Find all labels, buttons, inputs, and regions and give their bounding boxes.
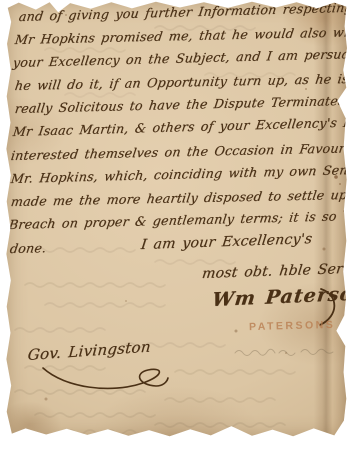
docket-flourish: [39, 364, 171, 394]
manuscript-letter-photo: and of giving you further Information re…: [0, 0, 360, 450]
letter-paper: and of giving you further Information re…: [5, 0, 348, 438]
manuscript-line: done.: [9, 241, 47, 256]
patersons-stamp: PATERSONS: [249, 319, 336, 333]
pencil-inscription: [233, 344, 343, 360]
foxing-specks: [5, 0, 7, 2]
